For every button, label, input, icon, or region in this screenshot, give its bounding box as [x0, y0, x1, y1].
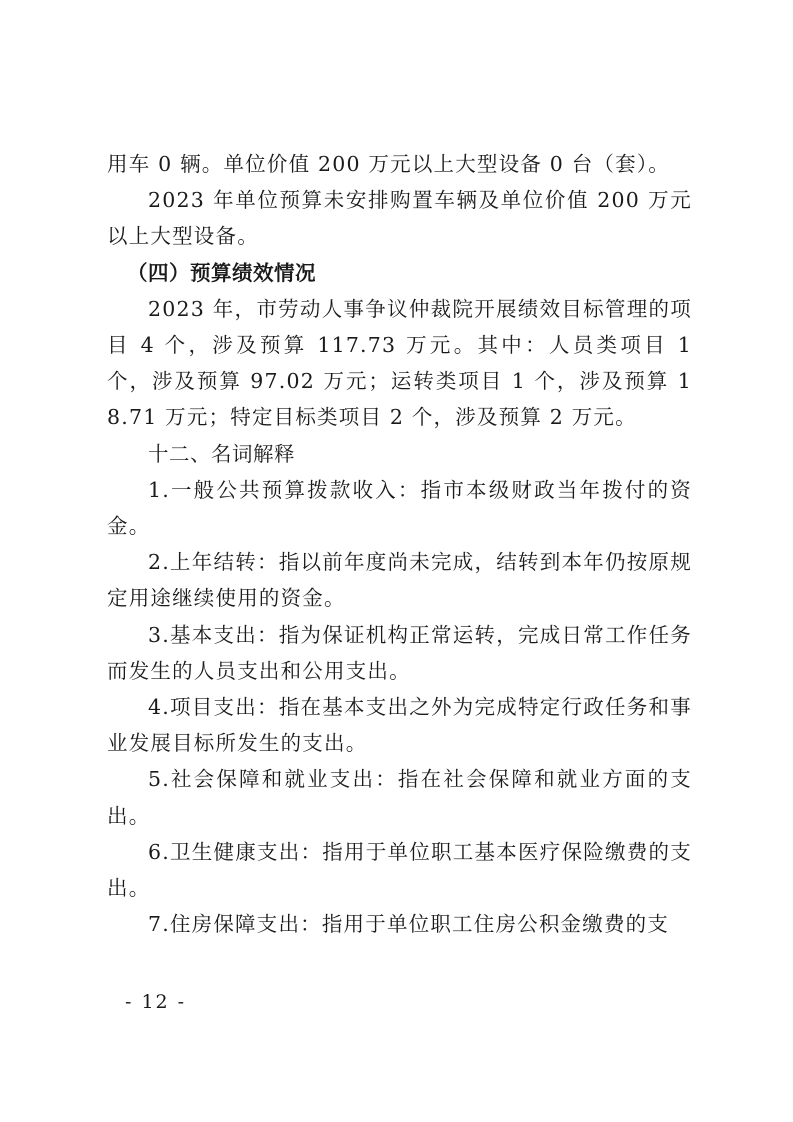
paragraph-no-purchase: 2023 年单位预算未安排购置车辆及单位价值 200 万元以上大型设备。 — [107, 182, 692, 254]
paragraph-performance-details: 2023 年，市劳动人事争议仲裁院开展绩效目标管理的项目 4 个，涉及预算 11… — [107, 291, 692, 436]
glossary-item-3: 3.基本支出：指为保证机构正常运转，完成日常工作任务而发生的人员支出和公用支出。 — [107, 617, 692, 689]
document-page: 用车 0 辆。单位价值 200 万元以上大型设备 0 台（套）。 2023 年单… — [107, 146, 692, 942]
page-number: - 12 - — [125, 991, 186, 1013]
glossary-item-1: 1.一般公共预算拨款收入：指市本级财政当年拨付的资金。 — [107, 472, 692, 544]
subheading-performance: （四）预算绩效情况 — [107, 255, 692, 291]
section-heading-glossary: 十二、名词解释 — [107, 436, 692, 472]
glossary-item-4: 4.项目支出：指在基本支出之外为完成特定行政任务和事业发展目标所发生的支出。 — [107, 689, 692, 761]
glossary-item-2: 2.上年结转：指以前年度尚未完成，结转到本年仍按原规定用途继续使用的资金。 — [107, 544, 692, 616]
paragraph-vehicle-count: 用车 0 辆。单位价值 200 万元以上大型设备 0 台（套）。 — [107, 146, 692, 182]
glossary-item-6: 6.卫生健康支出：指用于单位职工基本医疗保险缴费的支出。 — [107, 834, 692, 906]
glossary-item-5: 5.社会保障和就业支出：指在社会保障和就业方面的支出。 — [107, 761, 692, 833]
glossary-item-7: 7.住房保障支出：指用于单位职工住房公积金缴费的支 — [107, 906, 692, 942]
